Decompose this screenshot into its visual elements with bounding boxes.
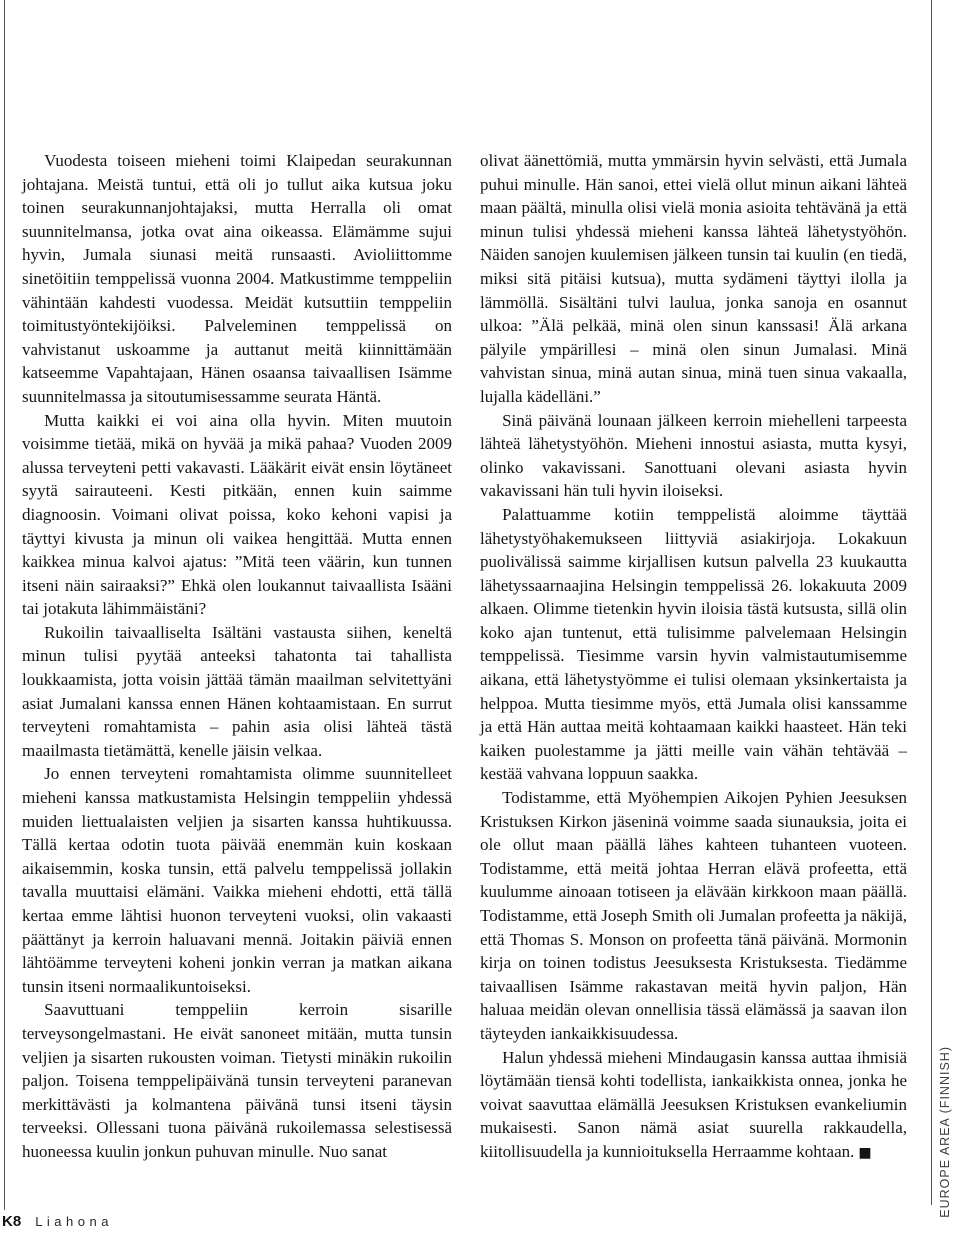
- article-end-mark-icon: ■: [858, 1145, 871, 1161]
- paragraph: Rukoilin taivaalliselta Isältäni vastaus…: [22, 621, 452, 763]
- paragraph: Sinä päivänä lounaan jälkeen kerroin mie…: [480, 409, 907, 503]
- paragraph: Palattuamme kotiin temppelistä aloimme t…: [480, 503, 907, 786]
- page-footer: K8Liahona: [2, 1213, 113, 1231]
- magazine-page: Vuodesta toiseen mieheni toimi Klaipedan…: [0, 0, 960, 1236]
- magazine-title: Liahona: [35, 1214, 113, 1229]
- right-page-edge-rule: [931, 0, 932, 1205]
- edition-side-label: EUROPE AREA (FINNISH): [938, 1046, 952, 1218]
- page-number: K8: [2, 1213, 21, 1230]
- paragraph: Vuodesta toiseen mieheni toimi Klaipedan…: [22, 149, 452, 409]
- paragraph: Halun yhdessä mieheni Mindaugasin kanssa…: [480, 1046, 907, 1166]
- article-column-left: Vuodesta toiseen mieheni toimi Klaipedan…: [22, 149, 452, 1164]
- paragraph: Mutta kaikki ei voi aina olla hyvin. Mit…: [22, 409, 452, 621]
- paragraph: olivat äänettömiä, mutta ymmärsin hyvin …: [480, 149, 907, 409]
- left-page-edge-rule: [4, 0, 5, 1210]
- paragraph-text: Halun yhdessä mieheni Mindaugasin kanssa…: [480, 1048, 907, 1161]
- paragraph: Jo ennen terveyteni romahtamista olimme …: [22, 762, 452, 998]
- paragraph: Todistamme, että Myöhempien Aikojen Pyhi…: [480, 786, 907, 1046]
- article-column-right: olivat äänettömiä, mutta ymmärsin hyvin …: [480, 149, 907, 1166]
- paragraph: Saavuttuani temppeliin kerroin sisarille…: [22, 998, 452, 1163]
